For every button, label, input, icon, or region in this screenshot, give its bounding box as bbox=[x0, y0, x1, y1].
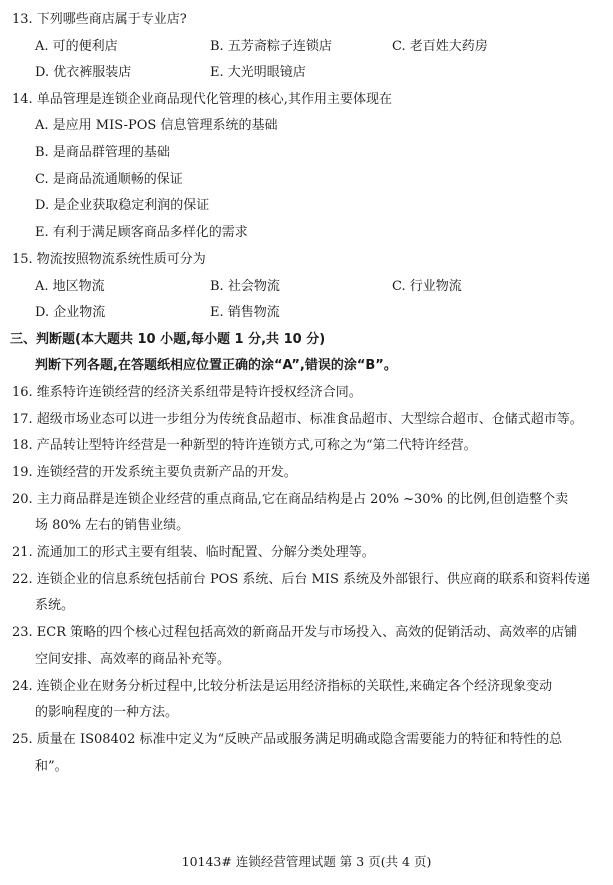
question-18: 18. 产品转让型特许经营是一种新型的特许连锁方式,可称之为“第二代特许经营。 bbox=[12, 438, 477, 454]
q13-option-c: C. 老百姓大药房 bbox=[392, 39, 488, 55]
question-14-stem: 14. 单品管理是连锁企业商品现代化管理的核心,其作用主要体现在 bbox=[12, 92, 392, 108]
q14-option-e: E. 有利于满足顾客商品多样化的需求 bbox=[35, 225, 248, 241]
q15-option-d: D. 企业物流 bbox=[35, 305, 105, 321]
question-25-line1: 25. 质量在 IS08402 标准中定义为“反映产品或服务满足明确或隐含需要能… bbox=[12, 732, 562, 748]
q15-option-b: B. 社会物流 bbox=[210, 279, 280, 295]
q15-option-c: C. 行业物流 bbox=[392, 279, 462, 295]
q14-option-b: B. 是商品群管理的基础 bbox=[35, 145, 170, 161]
question-20-line2: 场 80% 左右的销售业绩。 bbox=[35, 518, 189, 534]
question-19: 19. 连锁经营的开发系统主要负责新产品的开发。 bbox=[12, 465, 297, 481]
question-13-stem: 13. 下列哪些商店属于专业店? bbox=[12, 12, 187, 28]
section-instruction: 判断下列各题,在答题纸相应位置正确的涂“A”,错误的涂“B”。 bbox=[35, 358, 397, 374]
section-title: 三、判断题(本大题共 10 小题,每小题 1 分,共 10 分) bbox=[10, 332, 325, 348]
q13-option-e: E. 大光明眼镜店 bbox=[210, 65, 306, 81]
q15-option-a: A. 地区物流 bbox=[35, 279, 105, 295]
question-23-line1: 23. ECR 策略的四个核心过程包括高效的新商品开发与市场投入、高效的促销活动… bbox=[12, 625, 577, 641]
question-22-line1: 22. 连锁企业的信息系统包括前台 POS 系统、后台 MIS 系统及外部银行、… bbox=[12, 572, 590, 588]
page-footer: 10143# 连锁经营管理试题 第 3 页(共 4 页) bbox=[0, 852, 613, 870]
question-20-line1: 20. 主力商品群是连锁企业经营的重点商品,它在商品结构是占 20% ~30% … bbox=[12, 492, 568, 508]
question-16: 16. 维系特许连锁经营的经济关系纽带是特许授权经济合同。 bbox=[12, 385, 362, 401]
q14-option-d: D. 是企业获取稳定利润的保证 bbox=[35, 198, 209, 214]
question-23-line2: 空间安排、高效率的商品补充等。 bbox=[35, 652, 230, 668]
q15-option-e: E. 销售物流 bbox=[210, 305, 280, 321]
question-21: 21. 流通加工的形式主要有组装、临时配置、分解分类处理等。 bbox=[12, 545, 375, 561]
q13-option-a: A. 可的便利店 bbox=[35, 39, 118, 55]
question-17: 17. 超级市场业态可以进一步组分为传统食品超市、标准食品超市、大型综合超市、仓… bbox=[12, 412, 583, 428]
q14-option-c: C. 是商品流通顺畅的保证 bbox=[35, 172, 183, 188]
question-22-line2: 系统。 bbox=[35, 598, 74, 614]
q14-option-a: A. 是应用 MIS-POS 信息管理系统的基础 bbox=[35, 118, 277, 134]
question-25-line2: 和”。 bbox=[35, 759, 68, 775]
q13-option-b: B. 五芳斋粽子连锁店 bbox=[210, 39, 332, 55]
q13-option-d: D. 优衣裤服装店 bbox=[35, 65, 131, 81]
question-15-stem: 15. 物流按照物流系统性质可分为 bbox=[12, 252, 206, 268]
question-24-line1: 24. 连锁企业在财务分析过程中,比较分析法是运用经济指标的关联性,来确定各个经… bbox=[12, 679, 552, 695]
question-24-line2: 的影响程度的一种方法。 bbox=[35, 705, 178, 721]
